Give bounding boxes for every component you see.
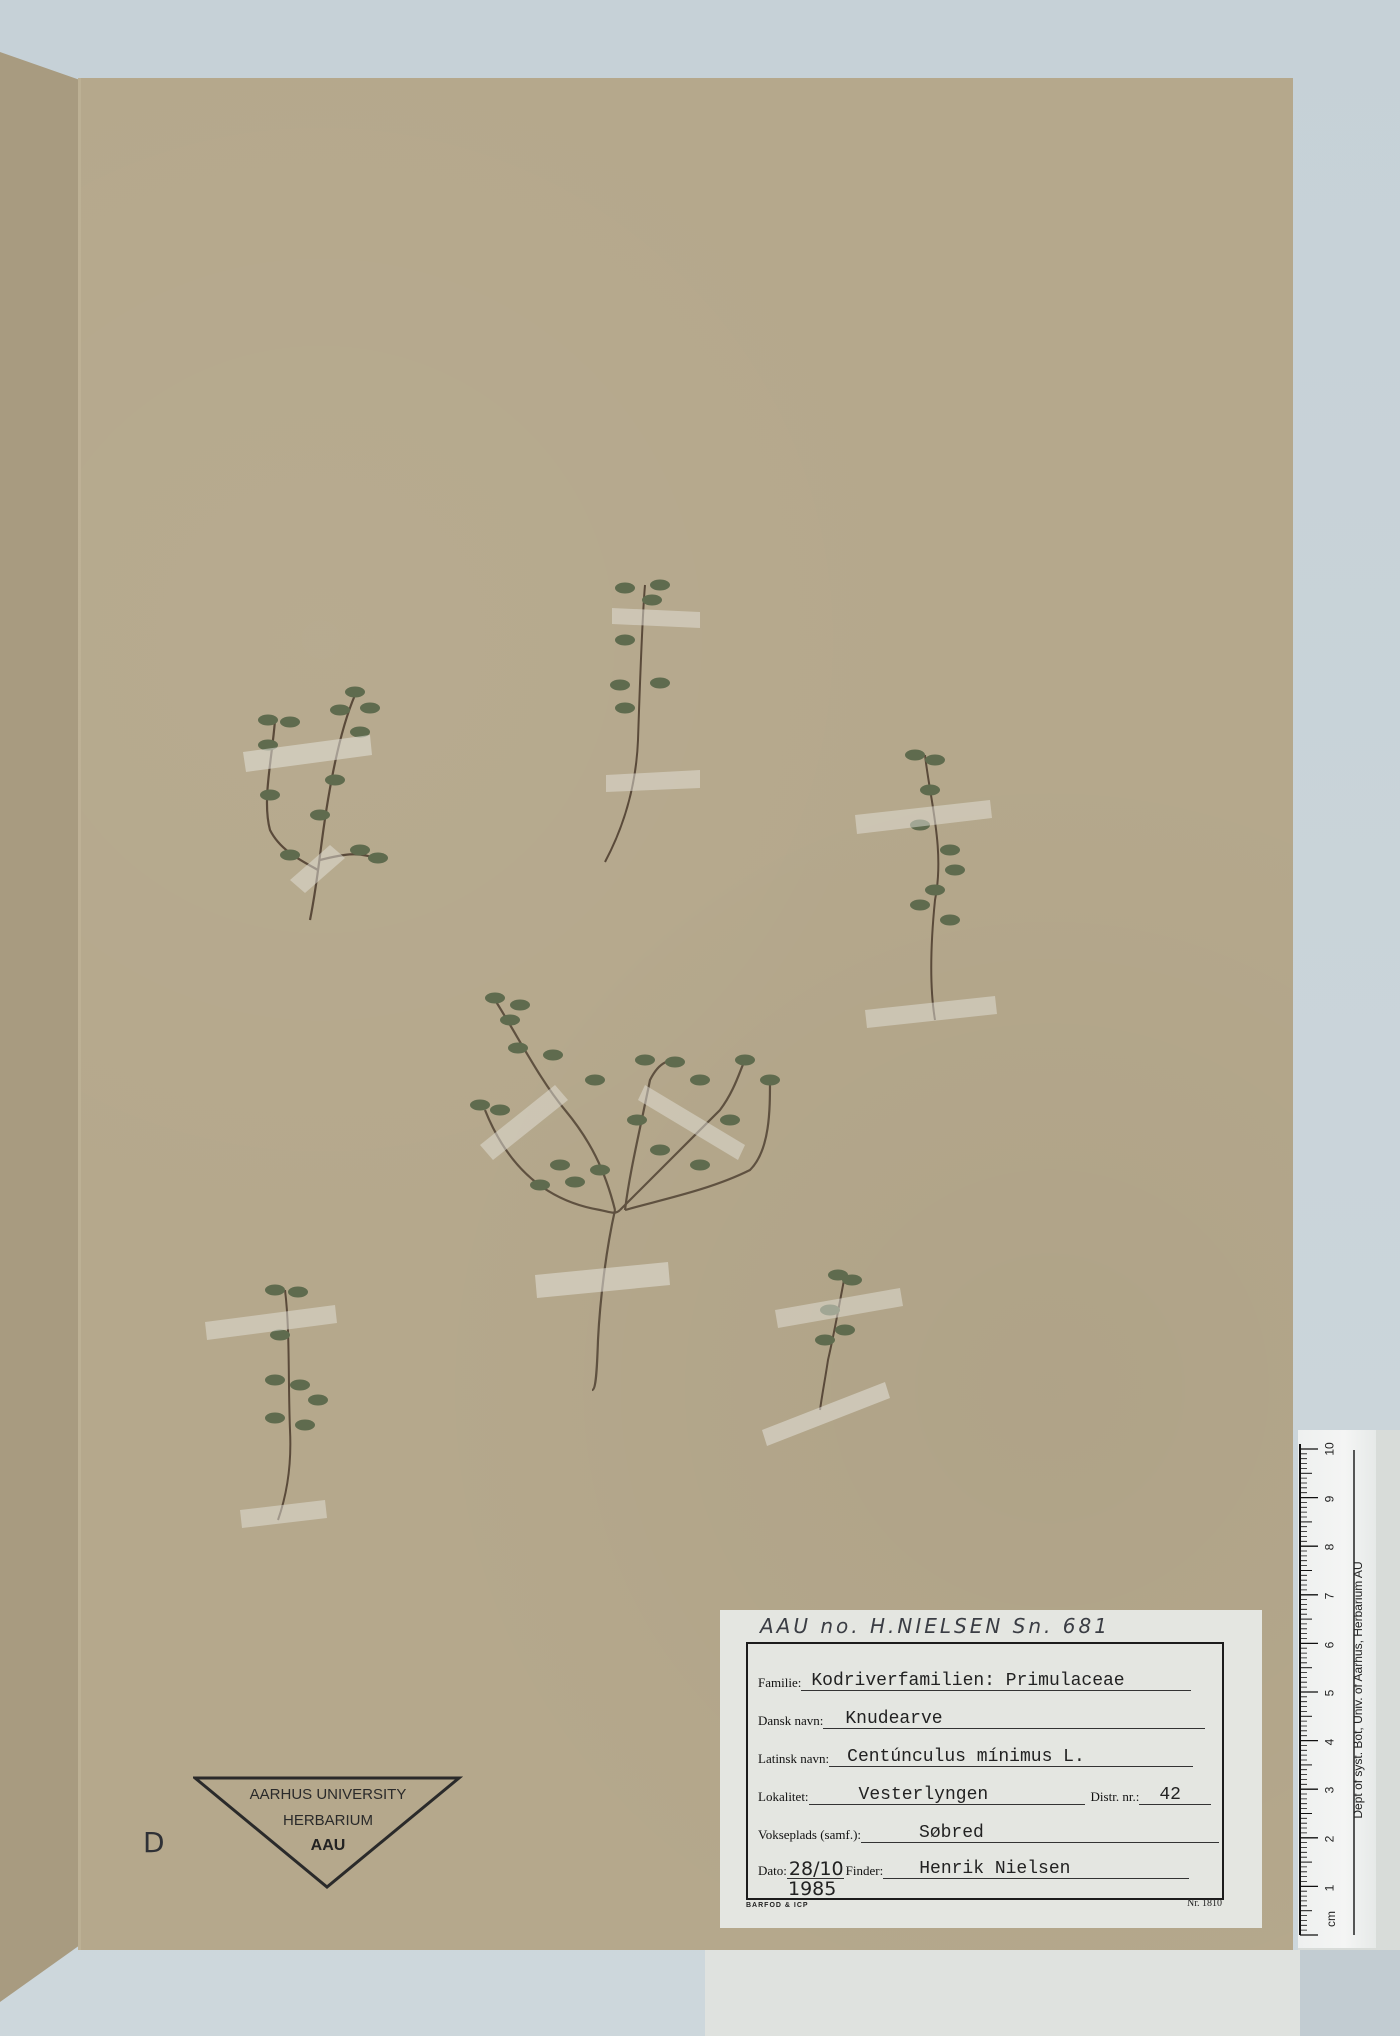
field-lokalitet: Lokalitet: Vesterlyngen Distr. nr.: 42: [758, 1786, 1211, 1805]
ruler-unit: cm: [1324, 1911, 1338, 1927]
specimen-label: AAU no. H.NIELSEN Sn. 681 Familie: Kodri…: [720, 1610, 1262, 1928]
vokseplads-value: Søbred: [861, 1824, 1219, 1843]
dansk-navn-value: Knudearve: [823, 1710, 1205, 1729]
form-number: Nr. 1810: [1187, 1898, 1222, 1909]
label-handwritten-header: AAU no. H.NIELSEN Sn. 681: [760, 1614, 1110, 1638]
distr-nr-value: 42: [1139, 1786, 1211, 1805]
scale-ruler-area: cm 1 2 3 4 5 6 7 8 9 10 Dept of syst. Bo…: [1298, 1430, 1400, 1950]
printer-imprint: BARFOD & ICP: [746, 1902, 809, 1909]
field-dato-finder: Dato: 28/10 Finder: Henrik Nielsen: [758, 1860, 1189, 1879]
dato-value: 28/10: [787, 1860, 844, 1879]
ruler-caption: Dept of syst. Bot, Univ. of Aarhus, Herb…: [1351, 1450, 1365, 1930]
stamp-line-1: AARHUS UNIVERSITY: [193, 1786, 463, 1803]
field-dansk-navn: Dansk navn: Knudearve: [758, 1710, 1205, 1729]
label-fields-box: Familie: Kodriverfamilien: Primulaceae D…: [746, 1642, 1224, 1900]
field-latinsk-navn: Latinsk navn: Centúnculus mínimus L.: [758, 1748, 1193, 1767]
latinsk-navn-value: Centúnculus mínimus L.: [829, 1748, 1193, 1767]
field-familie: Familie: Kodriverfamilien: Primulaceae: [758, 1672, 1191, 1691]
field-vokseplads: Vokseplads (samf.): Søbred: [758, 1824, 1219, 1843]
dato-year: 1985: [788, 1878, 836, 1900]
stamp-line-3: AAU: [193, 1837, 463, 1855]
folder-cover-left: [0, 52, 80, 2002]
sheet-fold-edge: [78, 78, 81, 1950]
background-corner: [1300, 1950, 1400, 2036]
corner-mark: D: [143, 1826, 165, 1859]
lokalitet-value: Vesterlyngen: [809, 1786, 1085, 1805]
herbarium-stamp: AARHUS UNIVERSITY HERBARIUM AAU: [193, 1775, 463, 1890]
underlying-paper: [705, 1950, 1300, 2036]
familie-value: Kodriverfamilien: Primulaceae: [801, 1672, 1191, 1691]
scale-ruler: cm 1 2 3 4 5 6 7 8 9 10 Dept of syst. Bo…: [1298, 1430, 1376, 1948]
finder-value: Henrik Nielsen: [883, 1860, 1189, 1879]
stamp-line-2: HERBARIUM: [193, 1812, 463, 1829]
